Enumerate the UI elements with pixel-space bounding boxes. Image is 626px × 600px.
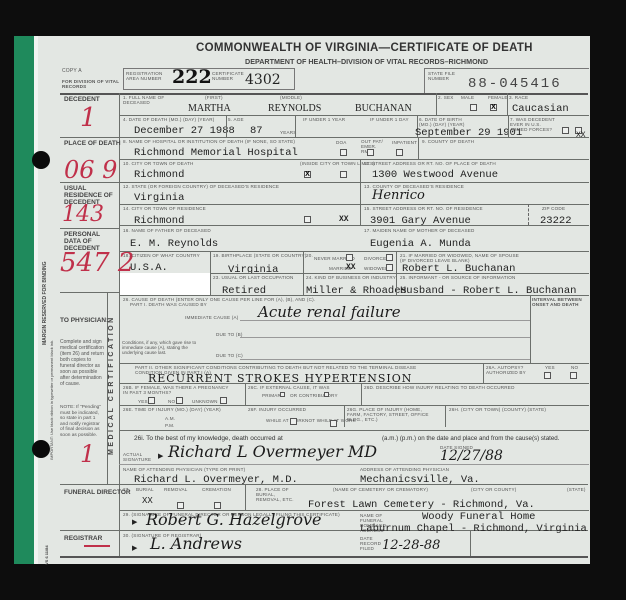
armed-forces-label: 7. WAS DECEDENT EVER IN U.S. ARMED FORCE…	[510, 117, 558, 132]
registration-area-label: REGISTRATION AREA NUMBER	[126, 71, 171, 81]
inside-res-yes[interactable]	[304, 216, 311, 223]
doa-checkbox[interactable]	[340, 149, 347, 156]
city-caption: (city or county)	[471, 487, 516, 492]
pregnancy-unknown-caption: unknown	[192, 399, 218, 404]
race: Caucasian	[512, 103, 569, 115]
city-residence-label: 14. CITY OR TOWN OF RESIDENCE	[123, 206, 206, 211]
state-file-number: 88-045416	[468, 76, 562, 92]
pending-note: NOTE: If "Pending" must be indicated, so…	[60, 405, 104, 439]
injury-occurred-label: 26f. INJURY OCCURRED	[248, 407, 306, 412]
binding-strip	[14, 36, 34, 564]
certificate-number-label: CERTIFICATE NUMBER	[212, 71, 247, 81]
funeral-home-address: Laburnum Chapel - Richmond, Virginia	[360, 523, 587, 535]
state-of-residence: Virginia	[134, 192, 184, 204]
date-signed: 12/27/88	[440, 448, 503, 464]
sex-male-checkbox[interactable]	[470, 104, 477, 111]
external-contributory-checkbox[interactable]	[324, 392, 329, 397]
under-day-label: IF UNDER 1 DAY	[370, 117, 409, 122]
physician-address-label: ADDRESS OF ATTENDING PHYSICIAN	[360, 467, 449, 472]
hospital-label: 8. NAME OF HOSPITAL OR INSTITUTION OF DE…	[123, 139, 295, 144]
city-of-death: Richmond	[134, 169, 184, 181]
funeral-home-name: Woody Funeral Home	[422, 511, 535, 523]
for-division-label: FOR DIVISION OF VITAL RECORDS	[62, 79, 122, 89]
immediate-cause-label: IMMEDIATE CAUSE (A)	[185, 315, 238, 320]
while-at-work-caption: while at work	[266, 418, 305, 423]
autopsy-label: 26a. AUTOPSY? AUTHORIZED BY	[486, 365, 526, 375]
physician-address: Mechanicsville, Va.	[360, 474, 480, 486]
age: 87	[250, 125, 263, 137]
inside-city-yes[interactable]: X	[304, 171, 311, 178]
binding-edge	[34, 36, 38, 564]
state-file-label: STATE FILE NUMBER	[428, 71, 458, 81]
doa-label: DOA	[336, 140, 347, 145]
physician-name-label: NAME OF ATTENDING PHYSICIAN (Type or Pri…	[123, 467, 245, 472]
race-label: 3. RACE	[509, 95, 528, 100]
date-filed: 12-28-88	[382, 538, 440, 553]
never-married-checkbox[interactable]	[346, 254, 353, 261]
zip-label: ZIP CODE	[542, 206, 565, 211]
street-of-death: 1300 Westwood Avenue	[372, 169, 498, 181]
pregnancy-no-checkbox[interactable]	[176, 397, 183, 404]
registrar-arrow-icon: ▶	[132, 544, 137, 552]
autopsy-yes-caption: yes	[545, 365, 555, 370]
certify-text-2: (a.m.) (p.m.) on the date and place and …	[382, 435, 559, 442]
marital-label: 20.	[306, 253, 313, 258]
signature-arrow-icon: ▶	[158, 452, 163, 460]
autopsy-no-checkbox[interactable]	[570, 372, 577, 379]
sex-label: 2. SEX	[438, 95, 454, 100]
county-death-label: 9. COUNTY OF DEATH	[422, 139, 474, 144]
margin-note: MARGIN RESERVED FOR BINDING	[42, 261, 48, 345]
spouse-label: 21. IF MARRIED OR WIDOWED, NAME OF SPOUS…	[400, 253, 525, 263]
cremation-checkbox[interactable]	[214, 502, 221, 509]
physician-name: Richard L. Overmeyer, M.D.	[134, 474, 298, 486]
immediate-cause: Acute renal failure	[258, 303, 401, 321]
punch-hole-2	[32, 440, 50, 458]
middle-name-caption: (middle)	[280, 95, 302, 100]
widowed-checkbox[interactable]	[386, 264, 393, 271]
external-cause-label: 26c. IF EXTERNAL CAUSE, IT WAS	[248, 385, 330, 390]
county-of-residence: Henrico	[372, 188, 425, 203]
business-label: 24. KIND OF BUSINESS OR INDUSTRY	[306, 275, 396, 280]
pregnancy-yes-checkbox[interactable]	[148, 397, 155, 404]
married-value: XX	[346, 263, 356, 272]
last-name: BUCHANAN	[355, 103, 412, 114]
sex-female-caption: female	[488, 95, 508, 100]
armed-forces-value: XX	[576, 131, 586, 140]
sex-male-caption: male	[461, 95, 474, 100]
injury-city-label: 26h. (city or town) (county) (state)	[449, 407, 546, 412]
not-at-work-checkbox[interactable]	[330, 420, 337, 427]
date-of-death-label: 4. DATE OF DEATH (mo.) (day) (year)	[123, 117, 214, 122]
section-registrar: REGISTRAR	[64, 535, 102, 542]
external-contributory-caption: or CONTRIBUTORY	[290, 393, 338, 398]
first-name-caption: (first)	[205, 95, 223, 100]
form-code: VS 6 11/84	[44, 545, 49, 565]
state-caption: (state)	[567, 487, 586, 492]
mother-label: 17. MAIDEN NAME OF MOTHER OF DECEASED	[364, 228, 475, 233]
certify-text: 26i. To the best of my knowledge, death …	[134, 435, 283, 442]
physician-signature: Richard L Overmeyer MD	[168, 442, 377, 461]
city-death-label: 10. CITY OR TOWN OF DEATH	[123, 161, 194, 166]
due-to-c-label: DUE TO (C)	[216, 353, 243, 358]
margin-code-residence: 143	[62, 202, 104, 227]
father-label: 16. NAME OF FATHER OF DECEASED	[123, 228, 211, 233]
cemetery-caption: (name of cemetery or crematory)	[333, 487, 428, 492]
physician-instructions: Complete and sign medical certification …	[60, 339, 104, 387]
interval-label: INTERVAL BETWEEN ONSET AND DEATH	[532, 297, 587, 307]
sex-female-checkbox[interactable]: X	[490, 104, 497, 111]
middle-name: REYNOLDS	[268, 103, 321, 114]
widowed-caption: WIDOWED	[364, 266, 389, 271]
date-of-death: December 27 1988	[134, 125, 235, 137]
certificate-subtitle: DEPARTMENT OF HEALTH–DIVISION OF VITAL R…	[245, 57, 488, 66]
mother-maiden-name: Eugenia A. Munda	[370, 238, 471, 250]
part1-label: PART I. DEATH WAS CAUSED BY	[130, 302, 207, 307]
copy-label: COPY A	[62, 69, 82, 74]
father-name: E. M. Reynolds	[130, 238, 218, 250]
margin-code-place: 06 9	[64, 156, 117, 184]
while-at-work-checkbox[interactable]	[290, 418, 297, 425]
redacted-field	[120, 273, 210, 295]
director-signature: Robert G. Hazelgrove	[146, 510, 321, 529]
removal-caption: REMOVAL	[164, 487, 188, 492]
informant-label: 25. INFORMANT - OR SOURCE OF INFORMATION	[400, 275, 516, 280]
inpatient-label: Inpatient	[392, 140, 417, 145]
autopsy-yes-checkbox[interactable]	[544, 372, 551, 379]
pregnancy-unknown-checkbox[interactable]	[220, 397, 227, 404]
important-note: IMPORTANT: Use black ribbon in typewrite…	[49, 340, 54, 460]
hospital: Richmond Memorial Hospital	[134, 147, 298, 159]
occupation-label: 23. USUAL OR LAST OCCUPATION	[213, 275, 293, 280]
punch-hole-1	[32, 151, 50, 169]
autopsy-no-caption: no	[571, 365, 578, 370]
injury-time-label: 26e. TIME OF INJURY (mo.) (day) (year)	[123, 407, 221, 412]
pm-caption: P.M.	[165, 423, 175, 428]
pregnancy-no-caption: no	[168, 399, 175, 404]
inside-city-no[interactable]	[340, 171, 347, 178]
margin-code-note: 1	[80, 440, 95, 468]
section-funeral-director: FUNERAL DIRECTOR	[64, 489, 131, 496]
registration-area-number: 222	[172, 66, 212, 88]
disposition-label: 27.	[123, 487, 130, 492]
burial-caption: BURIAL	[136, 487, 154, 492]
injury-how-label: 26d. DESCRIBE HOW INJURY RELATING TO DEA…	[364, 385, 515, 390]
burial-value: XX	[142, 496, 153, 506]
under-year-label: IF UNDER 1 YEAR	[303, 117, 345, 122]
section-place-of-death: PLACE OF DEATH	[64, 140, 121, 147]
pregnancy-label: 26b. IF FEMALE, WAS THERE A PREGNANCY IN…	[123, 385, 233, 395]
citizen-label: 18. CITIZEN OF WHAT COUNTRY	[123, 253, 200, 258]
street-residence-label: 15. STREET ADDRESS OR RT. NO. OF RESIDEN…	[364, 206, 483, 211]
injury-place-label: 26g. PLACE OF INJURY (home, farm, factor…	[347, 407, 437, 422]
am-caption: A.M.	[165, 416, 175, 421]
section-medical-certification: MEDICAL CERTIFICATION	[108, 315, 115, 455]
registrar-mark	[84, 545, 110, 547]
armed-forces-yes[interactable]	[562, 127, 569, 134]
burial-place-label: 28. PLACE OF BURIAL, REMOVAL, ETC.	[256, 487, 296, 502]
dob-label: 6. DATE OF BIRTH (mo.) (day) (year)	[419, 117, 474, 127]
section-to-physician: TO PHYSICIAN:	[60, 317, 108, 324]
age-label: 5. AGE	[228, 117, 244, 122]
outpat-checkbox[interactable]	[367, 149, 374, 156]
external-primary-checkbox[interactable]	[280, 392, 285, 397]
conditions-label: Conditions, if any, which gave rise to i…	[122, 340, 207, 356]
inside-res-value: XX	[339, 215, 349, 224]
certificate-title: COMMONWEALTH OF VIRGINIA—CERTIFICATE OF …	[196, 42, 533, 54]
cremation-caption: CREMATION	[202, 487, 231, 492]
inpatient-checkbox[interactable]	[396, 149, 403, 156]
due-to-b-label: DUE TO (B)	[216, 332, 243, 337]
section-decedent: DECEDENT	[64, 96, 100, 103]
certificate-number: 4302	[245, 72, 281, 88]
registrar-signature: L. Andrews	[150, 534, 242, 553]
state-residence-label: 12. STATE (OR FOREIGN COUNTRY) OF DECEAS…	[123, 184, 279, 189]
signature-label: ACTUAL SIGNATURE	[123, 452, 148, 462]
first-name: MARTHA	[188, 103, 231, 114]
street-death-label: 11. STREET ADDRESS OR RT. NO. OF PLACE O…	[364, 161, 496, 166]
director-arrow-icon: ▶	[132, 518, 137, 526]
divorced-checkbox[interactable]	[386, 254, 393, 261]
margin-code-decedent: 1	[80, 103, 97, 133]
removal-checkbox[interactable]	[177, 502, 184, 509]
pregnancy-yes-caption: yes	[138, 399, 148, 404]
name-label: 1. FULL NAME OF DECEASED	[123, 95, 173, 105]
birthplace-label: 19. BIRTHPLACE (state or country)	[213, 253, 307, 258]
